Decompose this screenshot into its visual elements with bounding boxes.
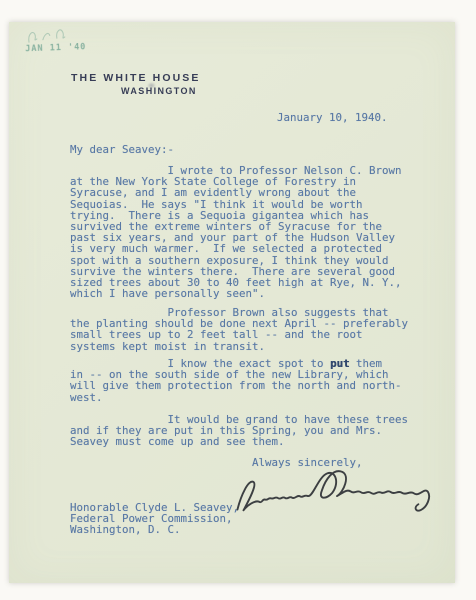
paragraph-4: It would be grand to have these trees an… [70,414,408,448]
ink-smudge [147,82,156,89]
recipient-address: Honorable Clyde L. Seavey, Federal Power… [70,502,239,536]
franklin-d-roosevelt-signature [230,462,448,528]
date-line: January 10, 1940. [277,112,388,123]
letterhead-line1: THE WHITE HOUSE [71,72,201,84]
letter-paper: JAN 11 '40 THE WHITE HOUSE WASHINGTON Ja… [9,22,455,583]
letterhead-line2: WASHINGTON [121,86,197,96]
received-stamp: JAN 11 '40 [22,24,103,61]
recipient-line-3: Washington, D. C. [70,523,181,536]
salutation: My dear Seavey:- [70,144,174,155]
paragraph-2: Professor Brown also suggests that the p… [70,307,408,352]
paragraph-1: I wrote to Professor Nelson C. Brown at … [70,165,402,299]
scanned-letter: JAN 11 '40 THE WHITE HOUSE WASHINGTON Ja… [0,0,476,600]
paragraph-3: I know the exact spot to put them in -- … [70,358,402,403]
stamp-date: JAN 11 '40 [25,42,86,54]
